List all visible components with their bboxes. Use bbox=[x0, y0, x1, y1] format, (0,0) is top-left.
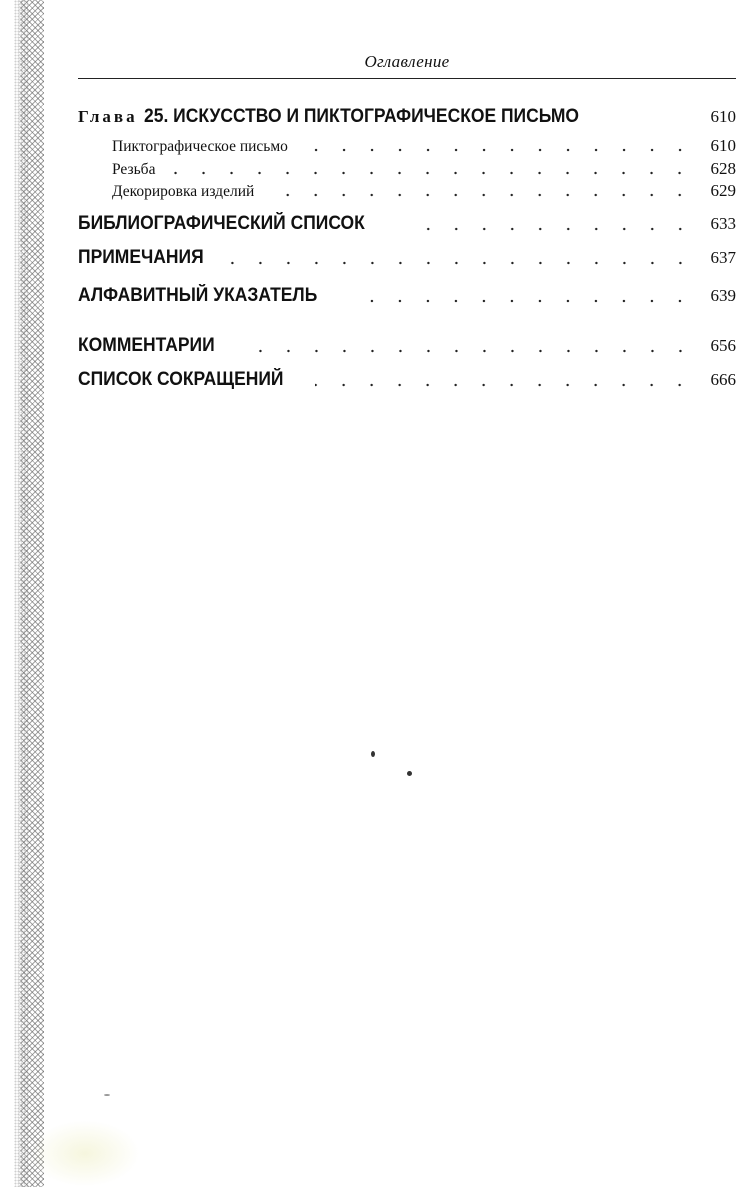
toc-entry-page: 639 bbox=[706, 286, 736, 306]
dot-leader bbox=[302, 148, 694, 152]
toc-entry-title: СПИСОК СОКРАЩЕНИЙ bbox=[78, 369, 283, 391]
decorative-dot-border bbox=[14, 0, 28, 1187]
toc-entry-carving[interactable]: Резьба 628 bbox=[78, 159, 736, 179]
toc-entry-title: БИБЛИОГРАФИЧЕСКИЙ СПИСОК bbox=[78, 213, 365, 235]
toc-entry-page: 666 bbox=[706, 370, 736, 390]
dot-leader bbox=[229, 261, 694, 265]
toc-entry-page: 633 bbox=[706, 214, 736, 234]
toc-entry-title: КОММЕНТАРИИ bbox=[78, 335, 215, 357]
toc-entry-comments[interactable]: КОММЕНТАРИИ 656 bbox=[78, 335, 736, 357]
header-rule bbox=[78, 78, 736, 79]
toc-entry-pictographic-writing[interactable]: Пиктографическое письмо 610 bbox=[78, 136, 736, 156]
toc-entry-title: Резьба bbox=[78, 161, 155, 179]
dot-leader bbox=[268, 193, 694, 197]
toc-entry-abbreviations[interactable]: СПИСОК СОКРАЩЕНИЙ 666 bbox=[78, 369, 736, 391]
toc-entry-page: 610 bbox=[706, 107, 736, 127]
toc-entry-index[interactable]: АЛФАВИТНЫЙ УКАЗАТЕЛЬ 639 bbox=[78, 285, 736, 307]
dot-leader bbox=[241, 349, 694, 353]
toc-entry-bibliography[interactable]: БИБЛИОГРАФИЧЕСКИЙ СПИСОК 633 bbox=[78, 213, 736, 235]
toc-entry-page: 656 bbox=[706, 336, 736, 356]
toc-entry-title: Пиктографическое письмо bbox=[78, 138, 288, 156]
toc-entry-page: 610 bbox=[706, 136, 736, 156]
toc-entry-page: 629 bbox=[706, 181, 736, 201]
dot-leader bbox=[315, 383, 694, 387]
toc-entry-title: 25. ИСКУССТВО И ПИКТОГРАФИЧЕСКОЕ ПИСЬМО bbox=[144, 106, 579, 128]
toc-entry-page: 637 bbox=[706, 248, 736, 268]
toc-entry-notes[interactable]: ПРИМЕЧАНИЯ 637 bbox=[78, 247, 736, 269]
paper-stain bbox=[30, 1120, 140, 1187]
dot-leader bbox=[404, 227, 694, 231]
toc-entry-title: Декорировка изделий bbox=[78, 183, 254, 201]
toc-entry-title: АЛФАВИТНЫЙ УКАЗАТЕЛЬ bbox=[78, 285, 317, 307]
toc-entry-title: ПРИМЕЧАНИЯ bbox=[78, 247, 204, 269]
running-head: Оглавление bbox=[78, 52, 736, 72]
toc-entry-chapter-25[interactable]: Глава 25. ИСКУССТВО И ПИКТОГРАФИЧЕСКОЕ П… bbox=[78, 106, 736, 128]
dot-leader bbox=[352, 299, 694, 303]
toc-entry-page: 628 bbox=[706, 159, 736, 179]
dot-leader bbox=[169, 171, 694, 175]
chapter-prefix: Глава bbox=[78, 107, 138, 127]
toc-entry-decoration[interactable]: Декорировка изделий 629 bbox=[78, 181, 736, 201]
